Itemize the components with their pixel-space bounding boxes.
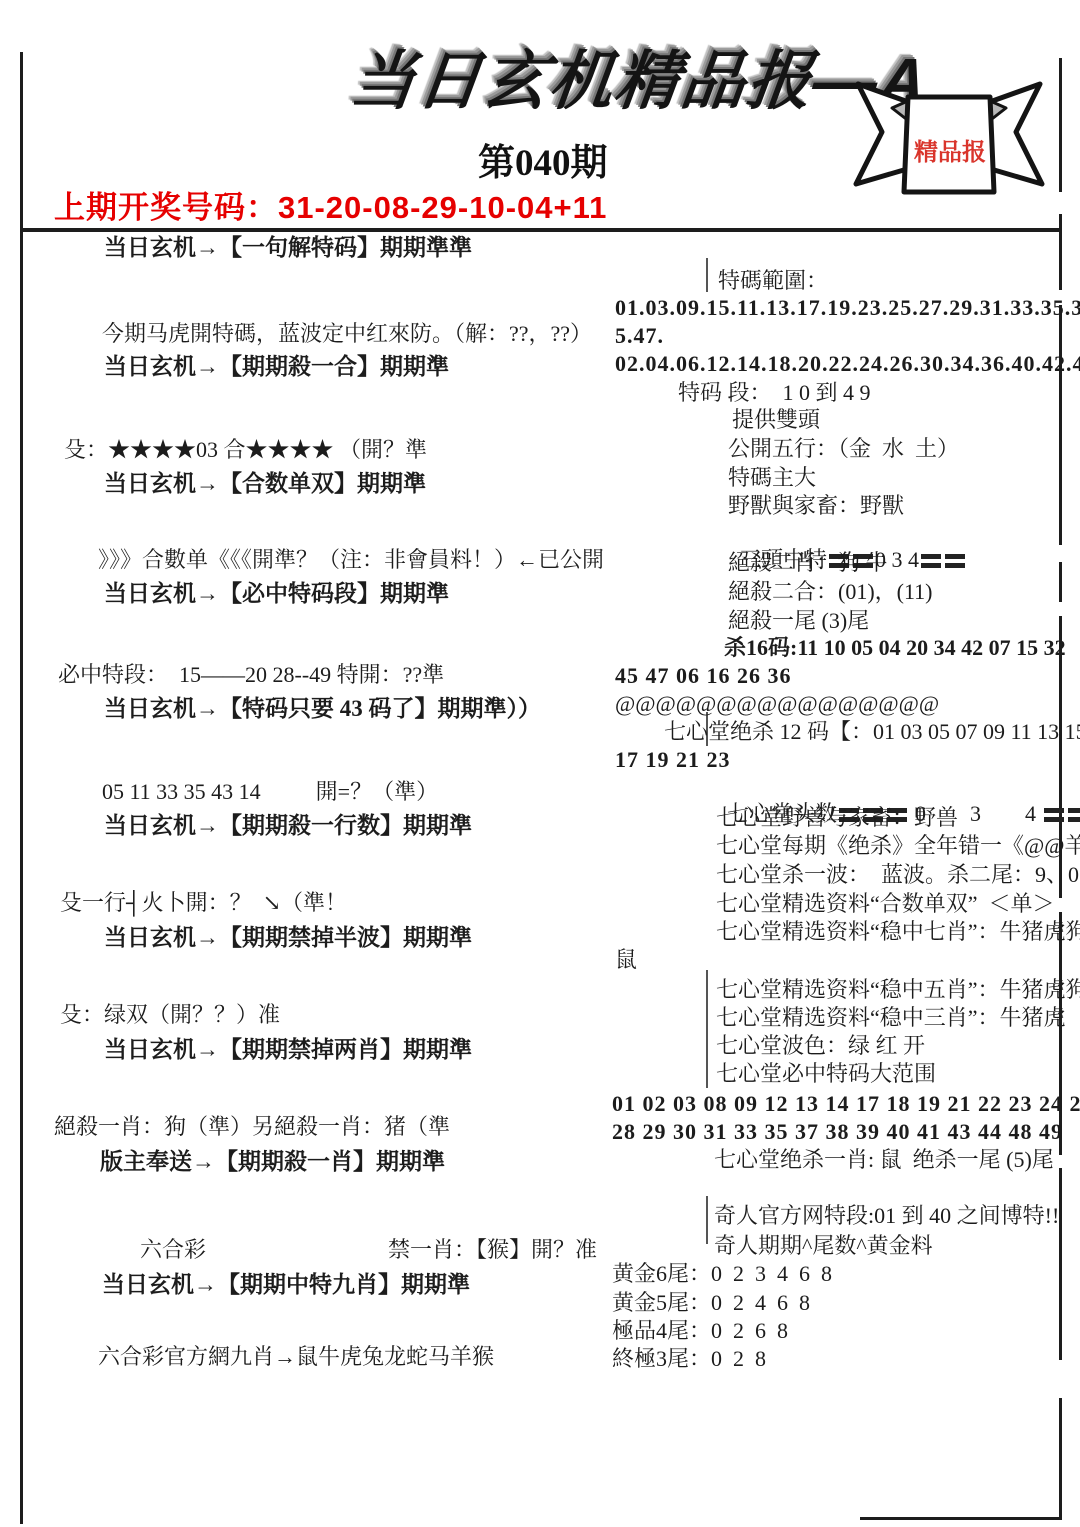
bottom-right-rule (860, 1517, 1062, 1520)
left-line-14: 当日玄机→【期期禁掉两肖】期期準 (104, 1037, 472, 1063)
right-border-seg7 (1059, 1168, 1062, 1360)
right-line-17: 17 19 21 23 (615, 747, 731, 773)
right-line-5: 提供雙頭 (732, 407, 820, 433)
right-line-4: 特码 段： 1 0 到 4 9 (678, 380, 871, 406)
left-line-12: 当日玄机→【期期禁掉半波】期期準 (104, 925, 472, 951)
page-title-3d: 当日玄机精品报—A (346, 30, 934, 122)
right-line-22: 七心堂精选资料“合数单双” ＜单＞ (716, 891, 1055, 917)
last-draw-numbers: 上期开奖号码：31-20-08-29-10-04+11 (54, 182, 607, 227)
right-line-2: 5.47. (615, 323, 664, 349)
left-border (20, 52, 23, 1524)
right-line-14: 45 47 06 16 26 36 (615, 663, 792, 689)
right-border-seg2 (1059, 214, 1062, 290)
right-line-13: 杀16码:11 10 05 04 20 34 42 07 15 32 (724, 635, 1066, 661)
right-line-25: 七心堂精选资料“稳中五肖”：牛猪虎狗兔 (716, 977, 1080, 1003)
right-line-1: 01.03.09.15.11.13.17.19.23.25.27.29.31.3… (615, 295, 1080, 321)
right-line-30: 28 29 30 31 33 35 37 38 39 40 41 43 44 4… (612, 1119, 1063, 1145)
right-line-21: 七心堂杀一波： 蓝波。杀二尾：9、0 (716, 862, 1079, 888)
left-line-20: 六合彩官方網九肖→鼠牛虎兔龙蛇马羊猴 (98, 1344, 494, 1370)
left-line-15: 絕殺一肖：狗（準）另絕殺一肖：猪（準 (54, 1114, 450, 1140)
right-line-24: 鼠 (615, 947, 637, 973)
left-line-16: 版主奉送→【期期殺一肖】期期準 (100, 1149, 445, 1175)
right-line-37: 終極3尾：0 2 8 (612, 1346, 766, 1372)
left-line-19: 当日玄机→【期期中特九肖】期期準 (102, 1272, 470, 1298)
tou-shu-digit: 4 (1025, 801, 1036, 826)
cell-border-tick3 (706, 970, 708, 1088)
tou-shu-digit: 3 (970, 801, 981, 826)
cell-border-tick1 (706, 258, 708, 292)
left-line-2: 当日玄机→【期期殺一合】期期準 (104, 354, 449, 380)
left-line-17: 六合彩 (140, 1237, 206, 1263)
right-line-31: 七心堂绝杀一肖: 鼠 绝杀一尾 (5)尾 (714, 1147, 1054, 1173)
double-bar-icon (945, 554, 965, 568)
double-bar-icon (1068, 808, 1080, 822)
ribbon-badge: 精品报 (850, 70, 1048, 198)
left-line-10: 当日玄机→【期期殺一行数】期期準 (104, 813, 472, 839)
left-line-0: 当日玄机→【一句解特码】期期準準 (104, 235, 472, 261)
right-line-28: 七心堂必中特码大范围 (716, 1061, 936, 1087)
left-line-3: 殳：★★★★03 合★★★★ （開？準 (64, 437, 427, 463)
right-line-8: 野獸與家畜：野獸 (728, 493, 904, 519)
right-line-7: 特碼主大 (728, 465, 816, 491)
right-border-seg1 (1059, 58, 1062, 192)
right-border-seg3 (1059, 305, 1062, 545)
issue-number: 第040期 (478, 132, 608, 186)
right-line-35: 黄金5尾：0 2 4 6 8 (612, 1290, 810, 1316)
header-rule (20, 228, 1062, 232)
left-line-4: 当日玄机→【合数单双】期期準 (104, 471, 426, 497)
cell-border-tick4 (706, 1196, 708, 1244)
right-line-23: 七心堂精选资料“稳中七肖”：牛猪虎狗兔鸡 (716, 919, 1080, 945)
scanned-lottery-sheet: { "colors": { "accent_red": "#e60000", "… (0, 0, 1080, 1527)
right-line-33: 奇人期期^尾数^黄金料 (714, 1233, 933, 1259)
left-line-6: 当日玄机→【必中特码段】期期準 (104, 581, 449, 607)
left-line-11: 殳一行┤火卜開：？ ↘（準！ (60, 890, 347, 916)
right-line-15: @@@@@@@@@@@@@@@@ (615, 691, 939, 717)
left-line-13: 殳：绿双（開？？）准 (60, 1002, 280, 1028)
right-line-32: 奇人官方网特段:01 到 40 之间博特!! (714, 1203, 1059, 1229)
right-line-10: 絕殺二肖：狗 牛 (728, 550, 888, 576)
right-line-26: 七心堂精选资料“稳中三肖”：牛猪虎 (716, 1005, 1066, 1031)
right-line-19: 七心堂野兽与家畜：野兽 (716, 805, 958, 831)
left-line-1: 今期马虎開特碼，蓝波定中红來防。（解：??，??） (102, 321, 592, 347)
left-line-9: 05 11 33 35 43 14 開=？（準） (102, 779, 438, 805)
right-line-34: 黄金6尾：0 2 3 4 6 8 (612, 1261, 832, 1287)
left-line-5: 》》》合數单《《《開準？（注：非會員料！）←已公開 (98, 547, 604, 573)
left-line-7: 必中特段： 15——20 28--49 特開：??準 (58, 662, 444, 688)
right-line-6: 公開五行：（金 水 土） (728, 436, 959, 462)
left-line-18: 禁一肖：【猴】開？准 (388, 1237, 597, 1263)
right-line-12: 絕殺一尾 (3)尾 (728, 608, 869, 634)
right-line-36: 極品4尾：0 2 6 8 (612, 1318, 788, 1344)
right-border-seg8 (1059, 1398, 1062, 1520)
left-line-8: 当日玄机→【特码只要 43 码了】期期準）） (104, 696, 541, 722)
double-bar-icon (921, 554, 941, 568)
right-line-16: 七心堂绝杀 12 码【：01 03 05 07 09 11 13 15 (664, 719, 1080, 745)
ribbon-label: 精品报 (910, 132, 990, 167)
right-line-20: 七心堂每期《绝杀》全年错一《@@羊@@》 (716, 833, 1080, 859)
right-line-27: 七心堂波色：绿 红 开 (716, 1033, 925, 1059)
right-line-11: 絕殺二合：(01)，(11) (728, 579, 933, 605)
right-line-3: 02.04.06.12.14.18.20.22.24.26.30.34.36.4… (615, 351, 1080, 377)
right-line-29: 01 02 03 08 09 12 13 14 17 18 19 21 22 2… (612, 1091, 1080, 1117)
right-border-seg4 (1059, 562, 1062, 602)
double-bar-icon (1044, 808, 1064, 822)
right-line-0: 特碼範圍： (718, 268, 828, 294)
